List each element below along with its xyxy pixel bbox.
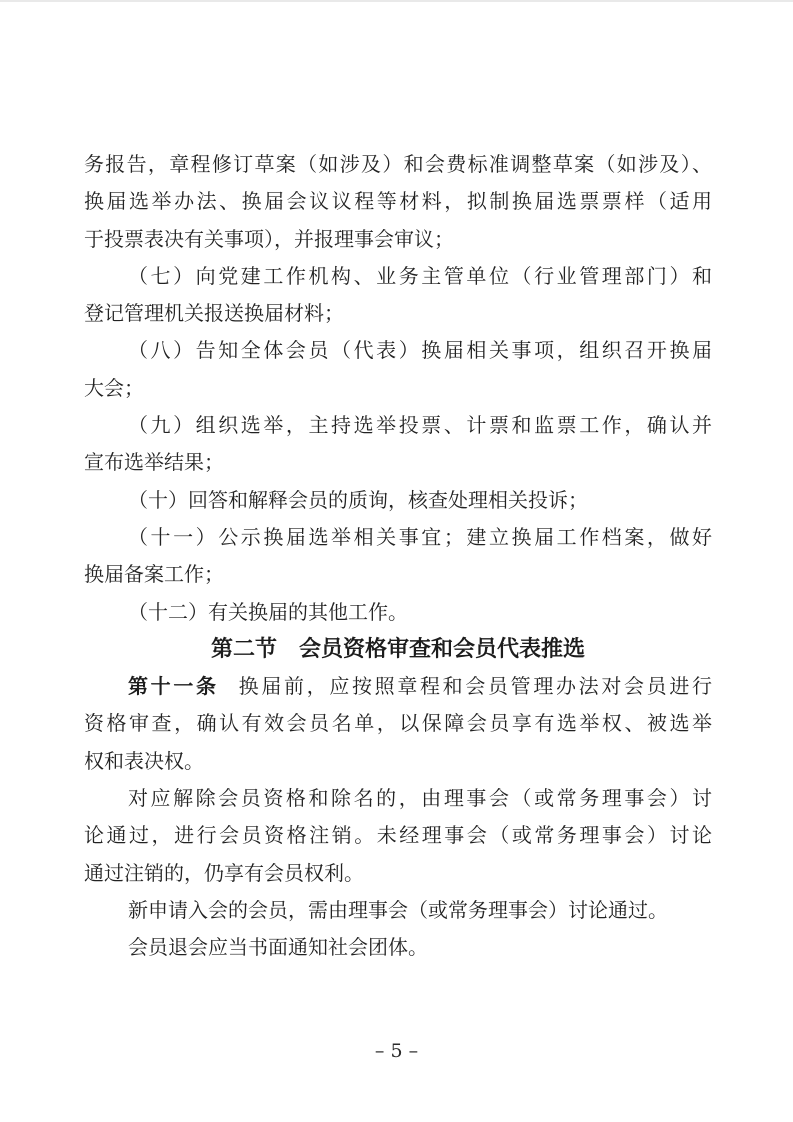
document-line: 通过注销的，仍享有会员权利。 [84, 855, 712, 892]
document-line: （十一）公示换届选举相关事宜；建立换届工作档案，做好 [84, 519, 712, 556]
document-line: 会员退会应当书面通知社会团体。 [84, 929, 712, 966]
document-line: （十）回答和解释会员的质询，核查处理相关投诉； [84, 482, 712, 519]
document-line: 务报告，章程修订草案（如涉及）和会费标准调整草案（如涉及）、 [84, 146, 712, 183]
document-line: （七）向党建工作机构、业务主管单位（行业管理部门）和 [84, 258, 712, 295]
article-number: 第十一条 [128, 674, 219, 698]
document-line: 权和表决权。 [84, 743, 712, 780]
document-line: 宣布选举结果； [84, 444, 712, 481]
document-line: （十二）有关换届的其他工作。 [84, 594, 712, 631]
document-line: 资格审查，确认有效会员名单，以保障会员享有选举权、被选举 [84, 705, 712, 742]
page-number: – 5 – [0, 1040, 793, 1062]
document-line: 换届选举办法、换届会议议程等材料，拟制换届选票票样（适用 [84, 183, 712, 220]
document-body: 务报告，章程修订草案（如涉及）和会费标准调整草案（如涉及）、 换届选举办法、换届… [84, 146, 712, 967]
document-page: 务报告，章程修订草案（如涉及）和会费标准调整草案（如涉及）、 换届选举办法、换届… [0, 0, 793, 1122]
document-line: 大会； [84, 370, 712, 407]
document-line: （九）组织选举，主持选举投票、计票和监票工作，确认并 [84, 407, 712, 444]
document-line: 于投票表决有关事项），并报理事会审议； [84, 221, 712, 258]
article-text: 换届前，应按照章程和会员管理办法对会员进行 [239, 674, 712, 698]
document-line: 论通过，进行会员资格注销。未经理事会（或常务理事会）讨论 [84, 817, 712, 854]
document-line: 换届备案工作； [84, 556, 712, 593]
document-line: 登记管理机关报送换届材料； [84, 295, 712, 332]
page-top-edge [0, 0, 793, 2]
document-line: 第十一条换届前，应按照章程和会员管理办法对会员进行 [84, 668, 712, 705]
document-line: 对应解除会员资格和除名的，由理事会（或常务理事会）讨 [84, 780, 712, 817]
document-line: 新申请入会的会员，需由理事会（或常务理事会）讨论通过。 [84, 892, 712, 929]
section-heading: 第二节 会员资格审查和会员代表推选 [84, 631, 712, 668]
document-line: （八）告知全体会员（代表）换届相关事项，组织召开换届 [84, 332, 712, 369]
